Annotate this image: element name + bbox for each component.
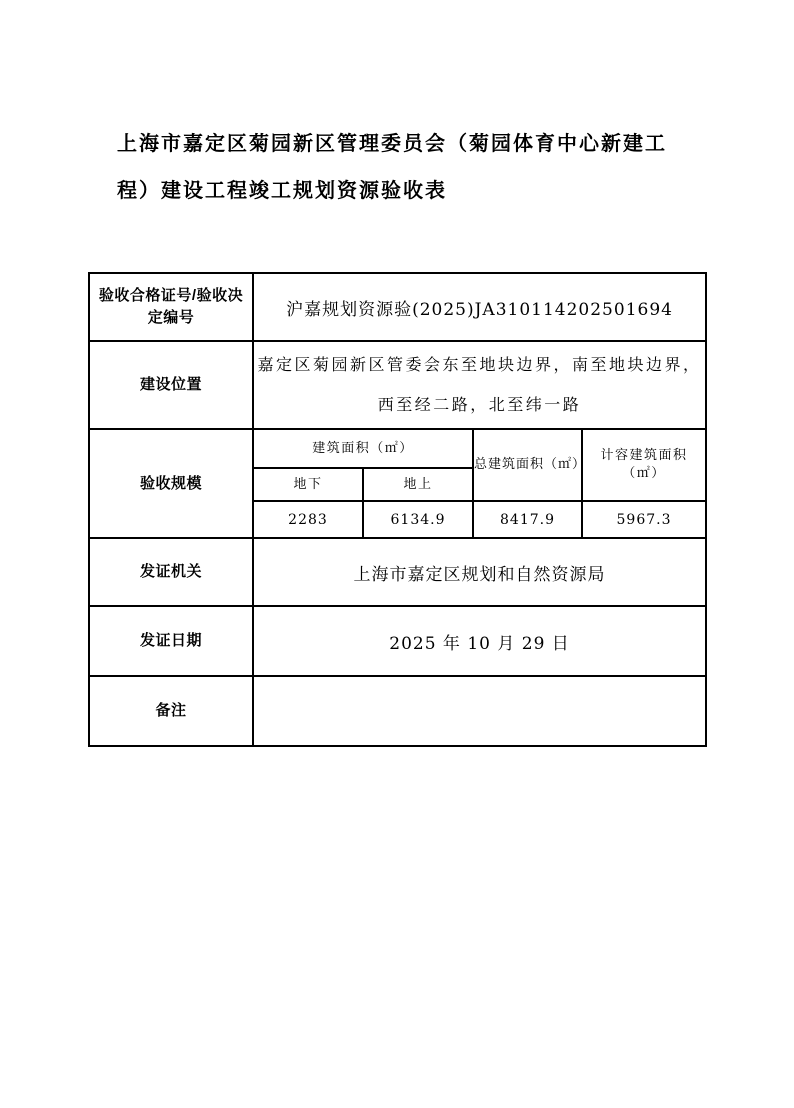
remark-row: 备注 — [89, 676, 706, 746]
scale-header-row: 验收规模 建筑面积（㎡） 总建筑面积（㎡） 计容建筑面积（㎡） — [89, 429, 706, 468]
issue-date-label: 发证日期 — [89, 606, 253, 676]
acceptance-table: 验收合格证号/验收决定编号 沪嘉规划资源验(2025)JA31011420250… — [88, 272, 707, 747]
cert-value: 沪嘉规划资源验(2025)JA310114202501694 — [253, 273, 706, 341]
document-title: 上海市嘉定区菊园新区管理委员会（菊园体育中心新建工程）建设工程竣工规划资源验收表 — [117, 120, 681, 214]
total-area-header: 总建筑面积（㎡） — [473, 429, 582, 501]
aboveground-value: 6134.9 — [363, 501, 473, 538]
plot-ratio-area-header: 计容建筑面积（㎡） — [582, 429, 706, 501]
floor-area-header: 建筑面积（㎡） — [253, 429, 473, 468]
location-label: 建设位置 — [89, 341, 253, 429]
total-area-value: 8417.9 — [473, 501, 582, 538]
issue-date-row: 发证日期 2025 年 10 月 29 日 — [89, 606, 706, 676]
issue-date-value: 2025 年 10 月 29 日 — [253, 606, 706, 676]
scale-label: 验收规模 — [89, 429, 253, 538]
plot-ratio-area-value: 5967.3 — [582, 501, 706, 538]
underground-header: 地下 — [253, 468, 363, 501]
issuer-row: 发证机关 上海市嘉定区规划和自然资源局 — [89, 538, 706, 606]
issuer-label: 发证机关 — [89, 538, 253, 606]
issuer-value: 上海市嘉定区规划和自然资源局 — [253, 538, 706, 606]
cert-label: 验收合格证号/验收决定编号 — [89, 273, 253, 341]
remark-label: 备注 — [89, 676, 253, 746]
location-row: 建设位置 嘉定区菊园新区管委会东至地块边界，南至地块边界，西至经二路，北至纬一路 — [89, 341, 706, 429]
remark-value — [253, 676, 706, 746]
location-value: 嘉定区菊园新区管委会东至地块边界，南至地块边界，西至经二路，北至纬一路 — [253, 341, 706, 429]
aboveground-header: 地上 — [363, 468, 473, 501]
underground-value: 2283 — [253, 501, 363, 538]
cert-row: 验收合格证号/验收决定编号 沪嘉规划资源验(2025)JA31011420250… — [89, 273, 706, 341]
